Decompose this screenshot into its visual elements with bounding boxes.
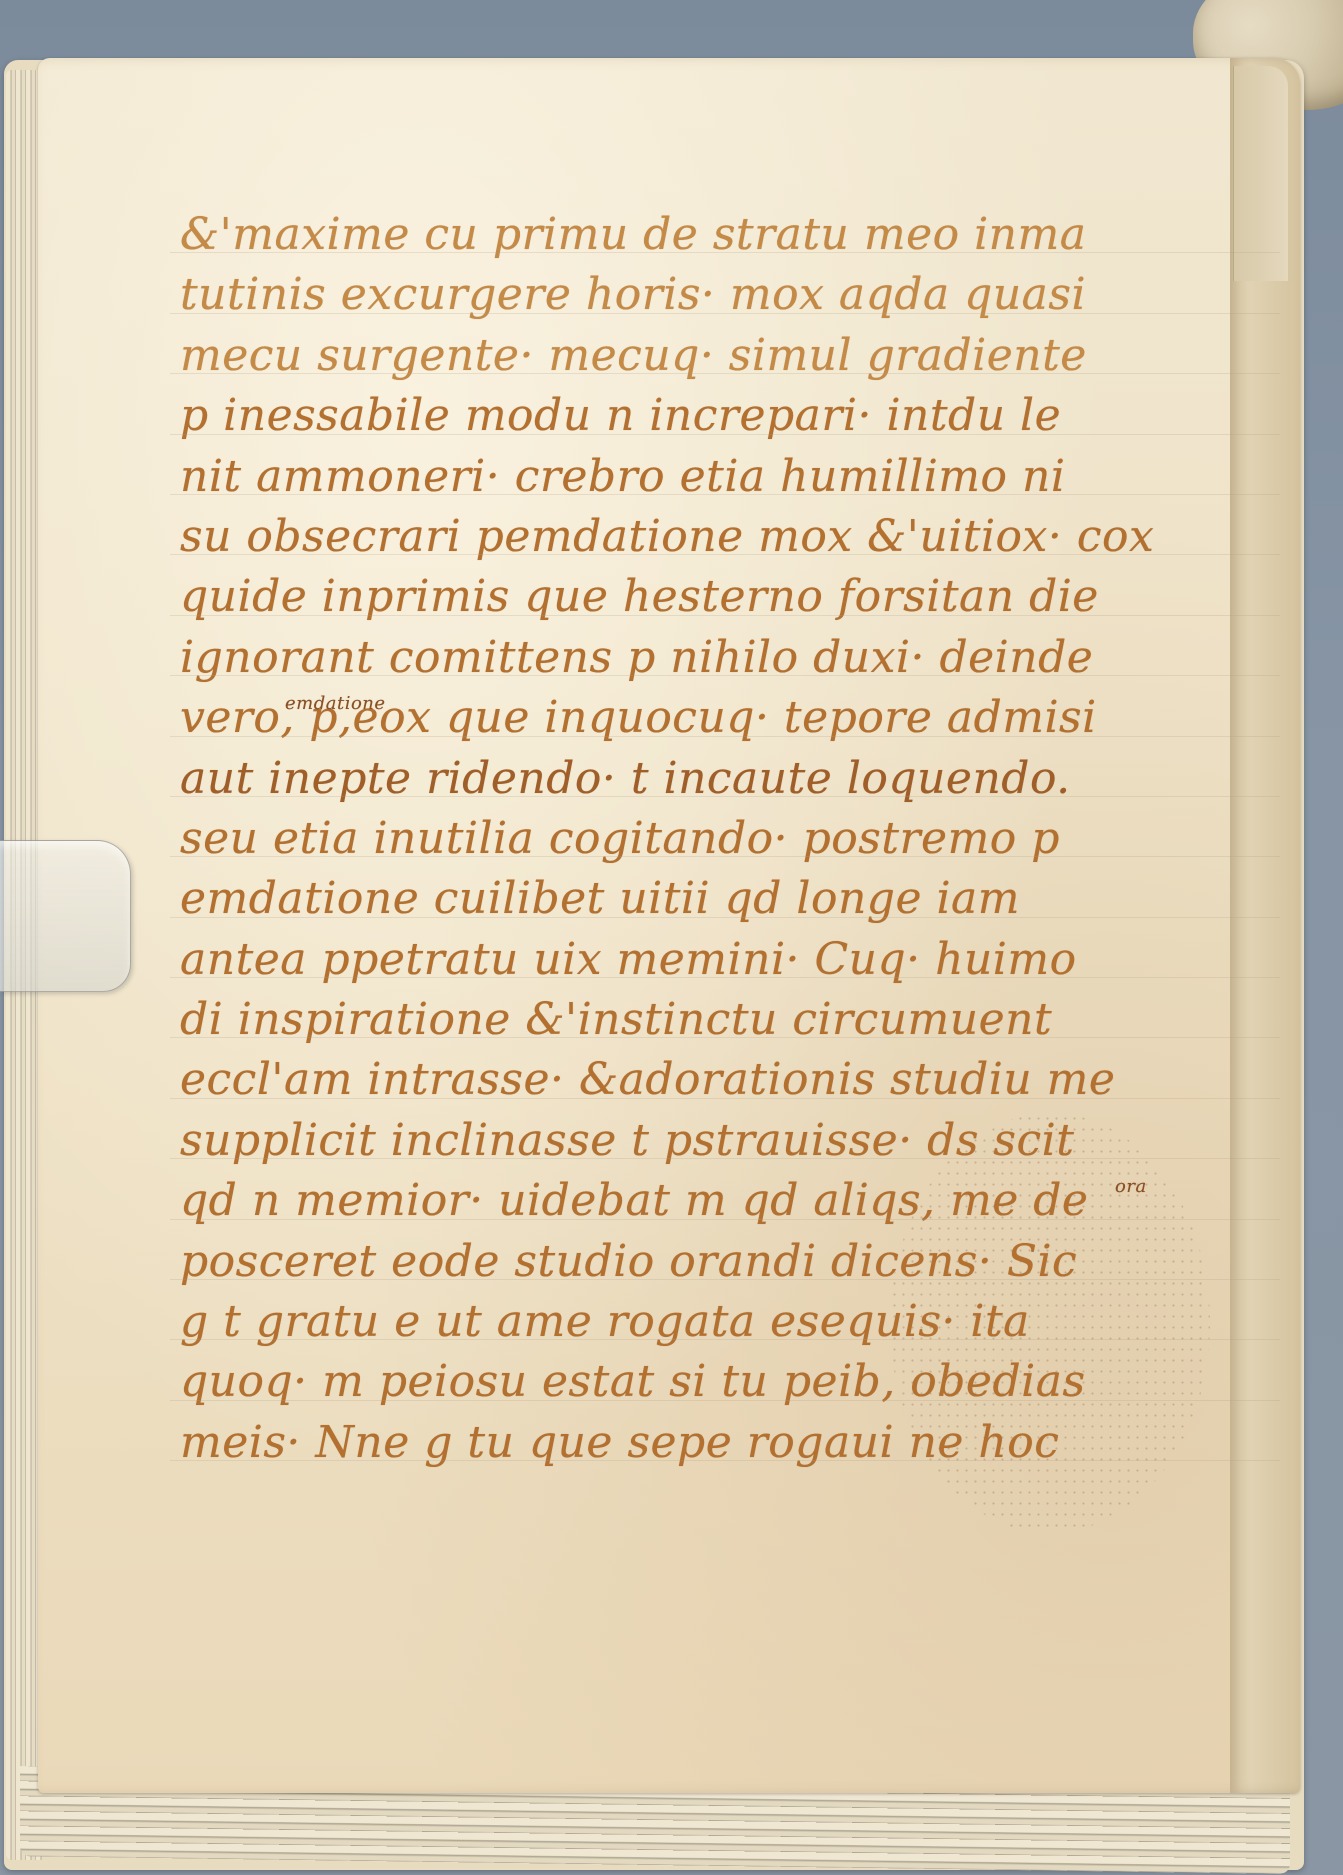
- text-line-3: mecu surgente· mecuq· simul gradiente: [180, 326, 1280, 386]
- text-line-11: seu etia inutilia cogitando· postremo p: [180, 809, 1280, 869]
- text-line-5: nit ammoneri· crebro etia humillimo ni: [180, 447, 1280, 507]
- text-line-21: meis· Nne g tu que sepe rogaui ne hoc: [180, 1413, 1280, 1473]
- ruling-line: [170, 252, 1280, 253]
- text-line-18: posceret eode studio orandi dicens· Sic: [180, 1232, 1280, 1292]
- text-line-1: &'maxime cu primu de stratu meo inma: [180, 205, 1280, 265]
- ruling-line: [170, 1400, 1280, 1401]
- ruling-line: [170, 615, 1280, 616]
- ruling-line: [170, 373, 1280, 374]
- ruling-line: [170, 1037, 1280, 1038]
- text-line-15: eccl'am intrasse· &adorationis studiu me: [180, 1050, 1280, 1110]
- text-line-19: g t gratu e ut ame rogata esequis· ita: [180, 1292, 1280, 1352]
- ruling-line: [170, 796, 1280, 797]
- ruling-line: [170, 554, 1280, 555]
- ruling-line: [170, 434, 1280, 435]
- page-marker-tab[interactable]: [0, 840, 131, 992]
- ruling-line: [170, 313, 1280, 314]
- ruling-line: [170, 917, 1280, 918]
- text-line-20: quoq· m peiosu estat si tu peib, obedias: [180, 1352, 1280, 1412]
- text-line-6: su obsecrari pemdatione mox &'uitiox· co…: [180, 507, 1280, 567]
- text-line-13: antea ppetratu uix memini· Cuq· huimo: [180, 930, 1280, 990]
- text-line-17: ora qd n memior· uidebat m qd aliqs, me …: [180, 1171, 1280, 1231]
- ruling-line: [170, 1460, 1280, 1461]
- ruling-line: [170, 1279, 1280, 1280]
- interlinear-gloss-emdatione: emdatione: [285, 674, 386, 734]
- ruling-line: [170, 494, 1280, 495]
- text-line-9: emdatione vero, p,eox que inquocuq· tepo…: [180, 688, 1280, 748]
- ruling-line: [170, 1339, 1280, 1340]
- text-line-4: p inessabile modu n increpari· intdu le: [180, 386, 1280, 446]
- text-line-14: di inspiratione &'instinctu circumuent: [180, 990, 1280, 1050]
- ruling-line: [170, 1158, 1280, 1159]
- text-line-7: quide inprimis que hesterno forsitan die: [180, 567, 1280, 627]
- ruling-line: [170, 736, 1280, 737]
- ruling-line: [170, 977, 1280, 978]
- text-line-10: aut inepte ridendo· t incaute loquendo.: [180, 749, 1280, 809]
- manuscript-text: &'maxime cu primu de stratu meo inma tut…: [180, 205, 1280, 1473]
- interlinear-gloss-ora: ora: [1115, 1157, 1147, 1217]
- ruling-line: [170, 1219, 1280, 1220]
- text-line-2: tutinis excurgere horis· mox aqda quasi: [180, 265, 1280, 325]
- ruling-line: [170, 856, 1280, 857]
- text-line-12: emdatione cuilibet uitii qd longe iam: [180, 869, 1280, 929]
- ruling-line: [170, 1098, 1280, 1099]
